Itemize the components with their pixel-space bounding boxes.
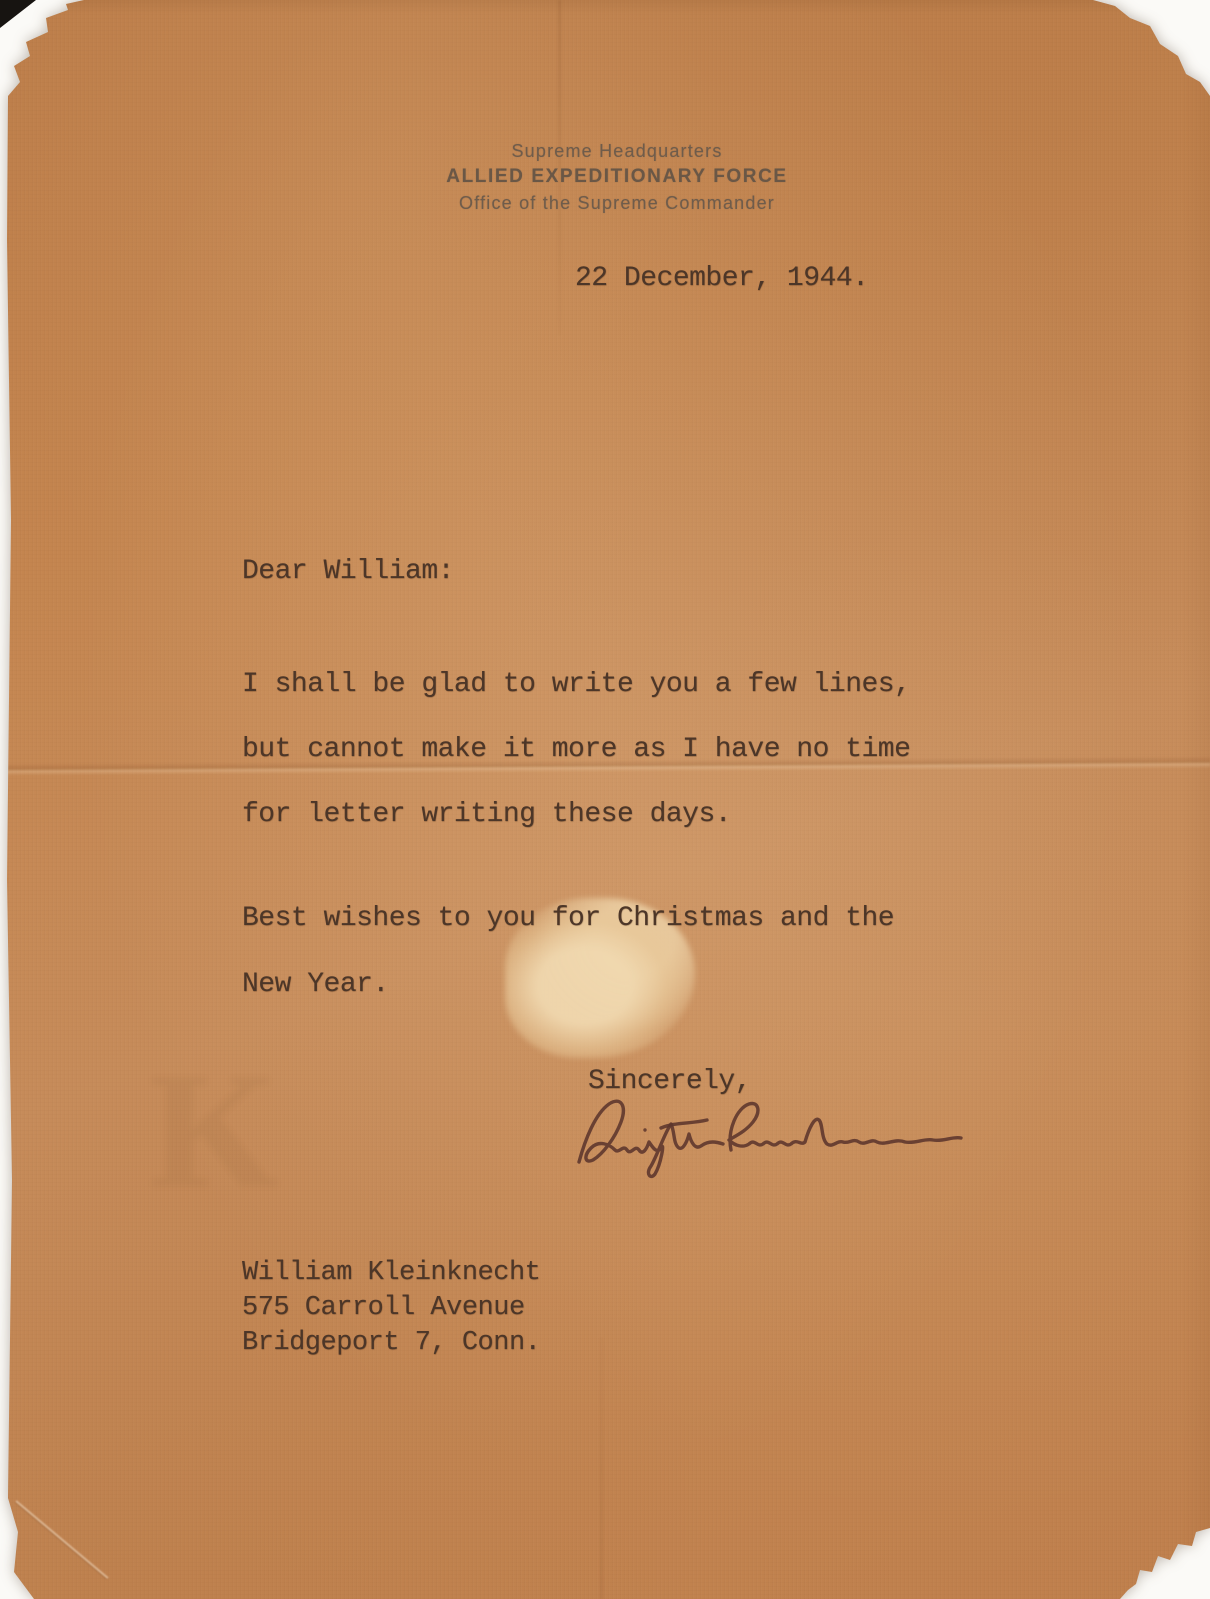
body-line: for letter writing these days. — [242, 782, 910, 847]
paper-sheet: K Supreme Headquarters ALLIED EXPEDITION… — [0, 0, 1210, 1599]
letterhead-line-1: Supreme Headquarters — [24, 138, 1210, 164]
letterhead: Supreme Headquarters ALLIED EXPEDITIONAR… — [24, 138, 1210, 217]
body-paragraph-1: I shall be glad to write you a few lines… — [242, 652, 910, 847]
letterhead-line-2: ALLIED EXPEDITIONARY FORCE — [24, 164, 1210, 190]
vertical-fold-crease-bottom — [600, 1338, 603, 1599]
bottom-left-crease — [15, 1500, 108, 1579]
body-line: Best wishes to you for Christmas and the — [242, 886, 894, 952]
body-line: New Year. — [242, 952, 894, 1018]
date-line: 22 December, 1944. — [575, 263, 868, 294]
signature-autograph — [565, 1080, 1025, 1182]
body-line: but cannot make it more as I have no tim… — [242, 717, 910, 782]
paper-sheet-wrapper: K Supreme Headquarters ALLIED EXPEDITION… — [0, 0, 1210, 1599]
body-line: I shall be glad to write you a few lines… — [242, 652, 910, 717]
recipient-street: 575 Carroll Avenue — [242, 1291, 540, 1326]
recipient-address-block: William Kleinknecht 575 Carroll Avenue B… — [242, 1256, 540, 1361]
salutation: Dear William: — [242, 556, 454, 587]
body-paragraph-2: Best wishes to you for Christmas and the… — [242, 886, 894, 1018]
scan-corner-artifact — [0, 0, 36, 28]
recipient-name: William Kleinknecht — [242, 1256, 540, 1291]
embossed-ghost-letter: K — [150, 1048, 308, 1213]
letterhead-line-3: Office of the Supreme Commander — [24, 190, 1210, 217]
letter-scan: K Supreme Headquarters ALLIED EXPEDITION… — [0, 0, 1210, 1599]
recipient-city: Bridgeport 7, Conn. — [242, 1326, 540, 1361]
